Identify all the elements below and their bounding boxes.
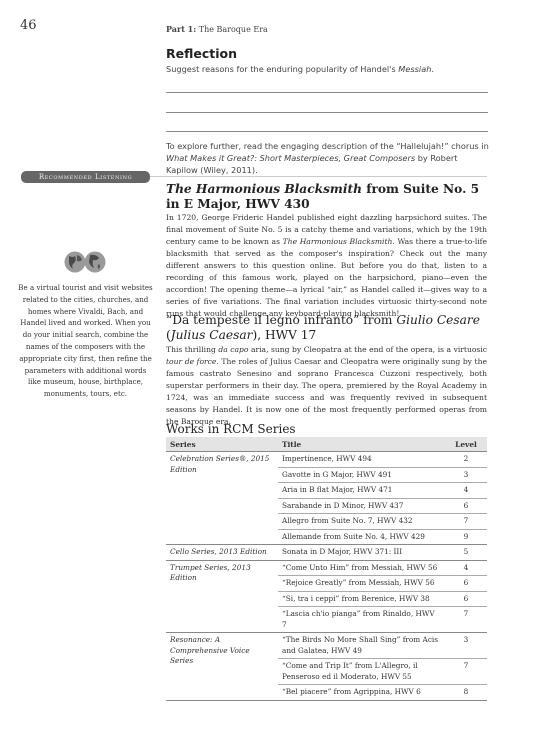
paragraph-harmonious-blacksmith: In 1720, George Frideric Handel publishe… [166,212,487,320]
title-cell: “Si, tra i ceppi” from Berenice, HWV 38 [278,591,445,607]
heading-text: “Da tempeste il legno infranto” from [166,313,396,327]
series-cell: Resonance: A Comprehensive Voice Series [166,633,278,701]
table-row: Resonance: A Comprehensive Voice Series … [166,633,487,659]
paragraph-text: . The roles of Julius Caesar and Cleopat… [166,357,487,426]
paragraph-text: aria, sung by Cleopatra at the end of th… [248,345,487,354]
series-cell: Trumpet Series, 2013 Edition [166,560,278,633]
header-series: Series [166,437,278,452]
globe-icon [64,250,106,274]
sidebar-tip: Be a virtual tourist and visit websites … [18,282,153,400]
explore-note: To explore further, read the engaging de… [166,140,491,176]
page-number: 46 [20,18,37,33]
section-heading-da-tempeste: “Da tempeste il legno infranto” from Giu… [166,313,496,343]
level-cell: 4 [445,560,487,576]
series-cell: Celebration Series®, 2015 Edition [166,452,278,545]
paragraph-italic: The Harmonious Blacksmith [283,237,393,246]
paragraph-text: This thrilling [166,345,218,354]
series-cell: Cello Series, 2013 Edition [166,545,278,561]
table-row: Trumpet Series, 2013 Edition “Come Unto … [166,560,487,576]
level-cell: 3 [445,467,487,483]
table-row: Cello Series, 2013 Edition Sonata in D M… [166,545,487,561]
reflection-heading: Reflection [166,46,237,61]
answer-line [166,131,488,132]
level-cell: 2 [445,452,487,468]
running-head-title: The Baroque Era [196,25,268,34]
heading-italic: Giulio Cesare [396,313,480,327]
title-cell: Impertinence, HWV 494 [278,452,445,468]
running-head: Part 1: The Baroque Era [166,24,268,34]
section-heading-harmonious-blacksmith: The Harmonious Blacksmith from Suite No.… [166,182,496,212]
level-cell: 3 [445,633,487,659]
header-title: Title [278,437,445,452]
title-cell: Sonata in D Major, HWV 371: III [278,545,445,561]
level-cell: 7 [445,607,487,633]
works-table-title: Works in RCM Series [166,422,296,436]
explore-book-title: What Makes it Great?: Short Masterpieces… [166,153,415,163]
explore-text: To explore further, read the engaging de… [166,141,489,151]
heading-text: ), HWV 17 [252,328,316,342]
level-cell: 8 [445,685,487,701]
recommended-listening-badge: Recommended Listening [21,171,150,183]
title-cell: “Bel piacere” from Agrippina, HWV 6 [278,685,445,701]
title-cell: Sarabande in D Minor, HWV 437 [278,498,445,514]
level-cell: 6 [445,576,487,592]
running-head-part: Part 1: [166,24,196,34]
title-cell: Allemande from Suite No. 4, HWV 429 [278,529,445,545]
paragraph-italic: da capo [218,345,248,354]
answer-line [166,112,488,113]
table-row: Celebration Series®, 2015 Edition Impert… [166,452,487,468]
prompt-end: . [431,64,434,74]
level-cell: 6 [445,591,487,607]
prompt-text: Suggest reasons for the enduring popular… [166,64,398,74]
level-cell: 4 [445,483,487,499]
title-cell: “Lascia ch'io pianga” from Rinaldo, HWV … [278,607,445,633]
paragraph-da-tempeste: This thrilling da capo aria, sung by Cle… [166,344,487,428]
section-divider [150,176,487,177]
title-cell: “Rejoice Greatly” from Messiah, HWV 56 [278,576,445,592]
title-cell: Allegro from Suite No. 7, HWV 432 [278,514,445,530]
header-level: Level [445,437,487,452]
heading-italic: Julius Caesar [171,328,253,342]
prompt-italic: Messiah [398,64,431,74]
level-cell: 5 [445,545,487,561]
title-cell: “The Birds No More Shall Sing” from Acis… [278,633,445,659]
table-header-row: Series Title Level [166,437,487,452]
heading-italic: The Harmonious Blacksmith [166,182,362,196]
level-cell: 7 [445,514,487,530]
paragraph-italic: tour de force [166,357,216,366]
paragraph-text: . Was there a true-to-life blacksmith th… [166,237,487,318]
title-cell: “Come and Trip It” from L'Allegro, il Pe… [278,659,445,685]
level-cell: 9 [445,529,487,545]
level-cell: 7 [445,659,487,685]
works-table: Series Title Level Celebration Series®, … [166,437,487,701]
answer-line [166,92,488,93]
title-cell: Gavotte in G Major, HWV 491 [278,467,445,483]
title-cell: Aria in B flat Major, HWV 471 [278,483,445,499]
level-cell: 6 [445,498,487,514]
title-cell: “Come Unto Him” from Messiah, HWV 56 [278,560,445,576]
reflection-prompt: Suggest reasons for the enduring popular… [166,64,434,74]
